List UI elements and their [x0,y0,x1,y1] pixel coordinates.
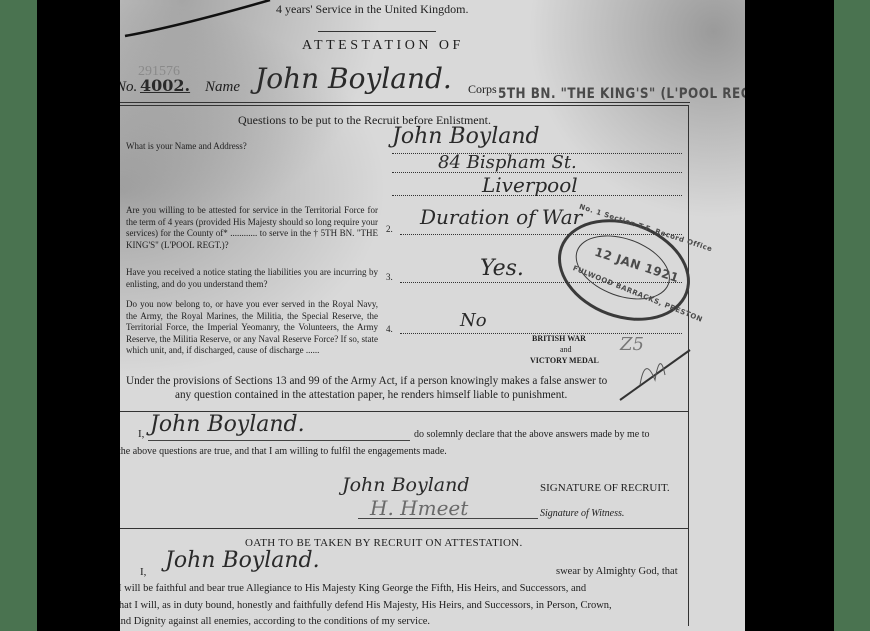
declaration-name: John Boyland. [150,412,305,437]
declaration-prefix: I, [138,428,144,440]
medal-stamp-line-2: and [560,345,572,354]
declaration-name-line [148,440,410,441]
oath-name: John Boyland. [165,548,320,573]
name-value: John Boyland. [255,62,452,95]
oath-line-3: that I will, as in duty bound, honestly … [120,600,612,611]
oath-line-1-end: swear by Almighty God, that [556,566,678,577]
document-title: ATTESTATION OF [302,38,464,54]
recruit-signature-label: SIGNATURE OF RECRUIT. [540,482,670,494]
answer-1-city: Liverpool [482,173,578,197]
medal-stamp-line-3: VICTORY MEDAL [530,356,599,365]
corps-label: Corps [468,82,497,97]
warning-line-2: any question contained in the attestatio… [175,389,567,401]
service-line: 4 years' Service in the United Kingdom. [276,2,468,17]
question-3-number: 3. [386,272,393,283]
answer-1-name: John Boyland [392,124,540,149]
question-3-text: Have you received a notice stating the l… [126,267,378,290]
question-4-text: Do you now belong to, or have you ever s… [126,299,378,357]
oath-line-4: and Dignity against all enemies, accordi… [120,616,430,627]
answer-2: Duration of War [420,205,582,229]
answer-4: No [460,310,487,331]
pen-stroke [120,0,280,40]
question-2-number: 2. [386,224,393,235]
warning-line-1: Under the provisions of Sections 13 and … [126,375,607,387]
title-rule [318,31,436,32]
right-scan-border [745,0,834,631]
witness-signature: H. Hmeet [370,496,468,520]
tick-stroke [615,345,695,405]
oath-prefix: I, [140,566,146,578]
medal-stamp-line-1: BRITISH WAR [532,334,586,343]
oath-line-2: I will be faithful and bear true Allegia… [120,583,586,594]
declaration-text-1: do solemnly declare that the above answe… [414,429,649,440]
corps-value-stamp: 5TH BN. "THE KING'S" (L'POOL REGT.) [498,85,745,102]
oath-rule [120,528,688,529]
recruit-signature: John Boyland [342,474,470,496]
number-label: No. [120,79,137,96]
header-rule [120,102,690,103]
question-1-text: What is your Name and Address? [126,141,376,153]
declaration-text-2: the above questions are true, and that I… [120,446,447,457]
answer-1-street: 84 Bispham St. [438,152,577,173]
name-label: Name [205,79,240,96]
answer-3: Yes. [480,256,524,281]
witness-signature-label: Signature of Witness. [540,508,624,519]
attestation-document: 4 years' Service in the United Kingdom. … [120,0,745,631]
number-value: 4002. [140,76,190,95]
question-2-text: Are you willing to be attested for servi… [126,205,378,251]
left-scan-border [37,0,120,631]
question-4-number: 4. [386,324,393,335]
